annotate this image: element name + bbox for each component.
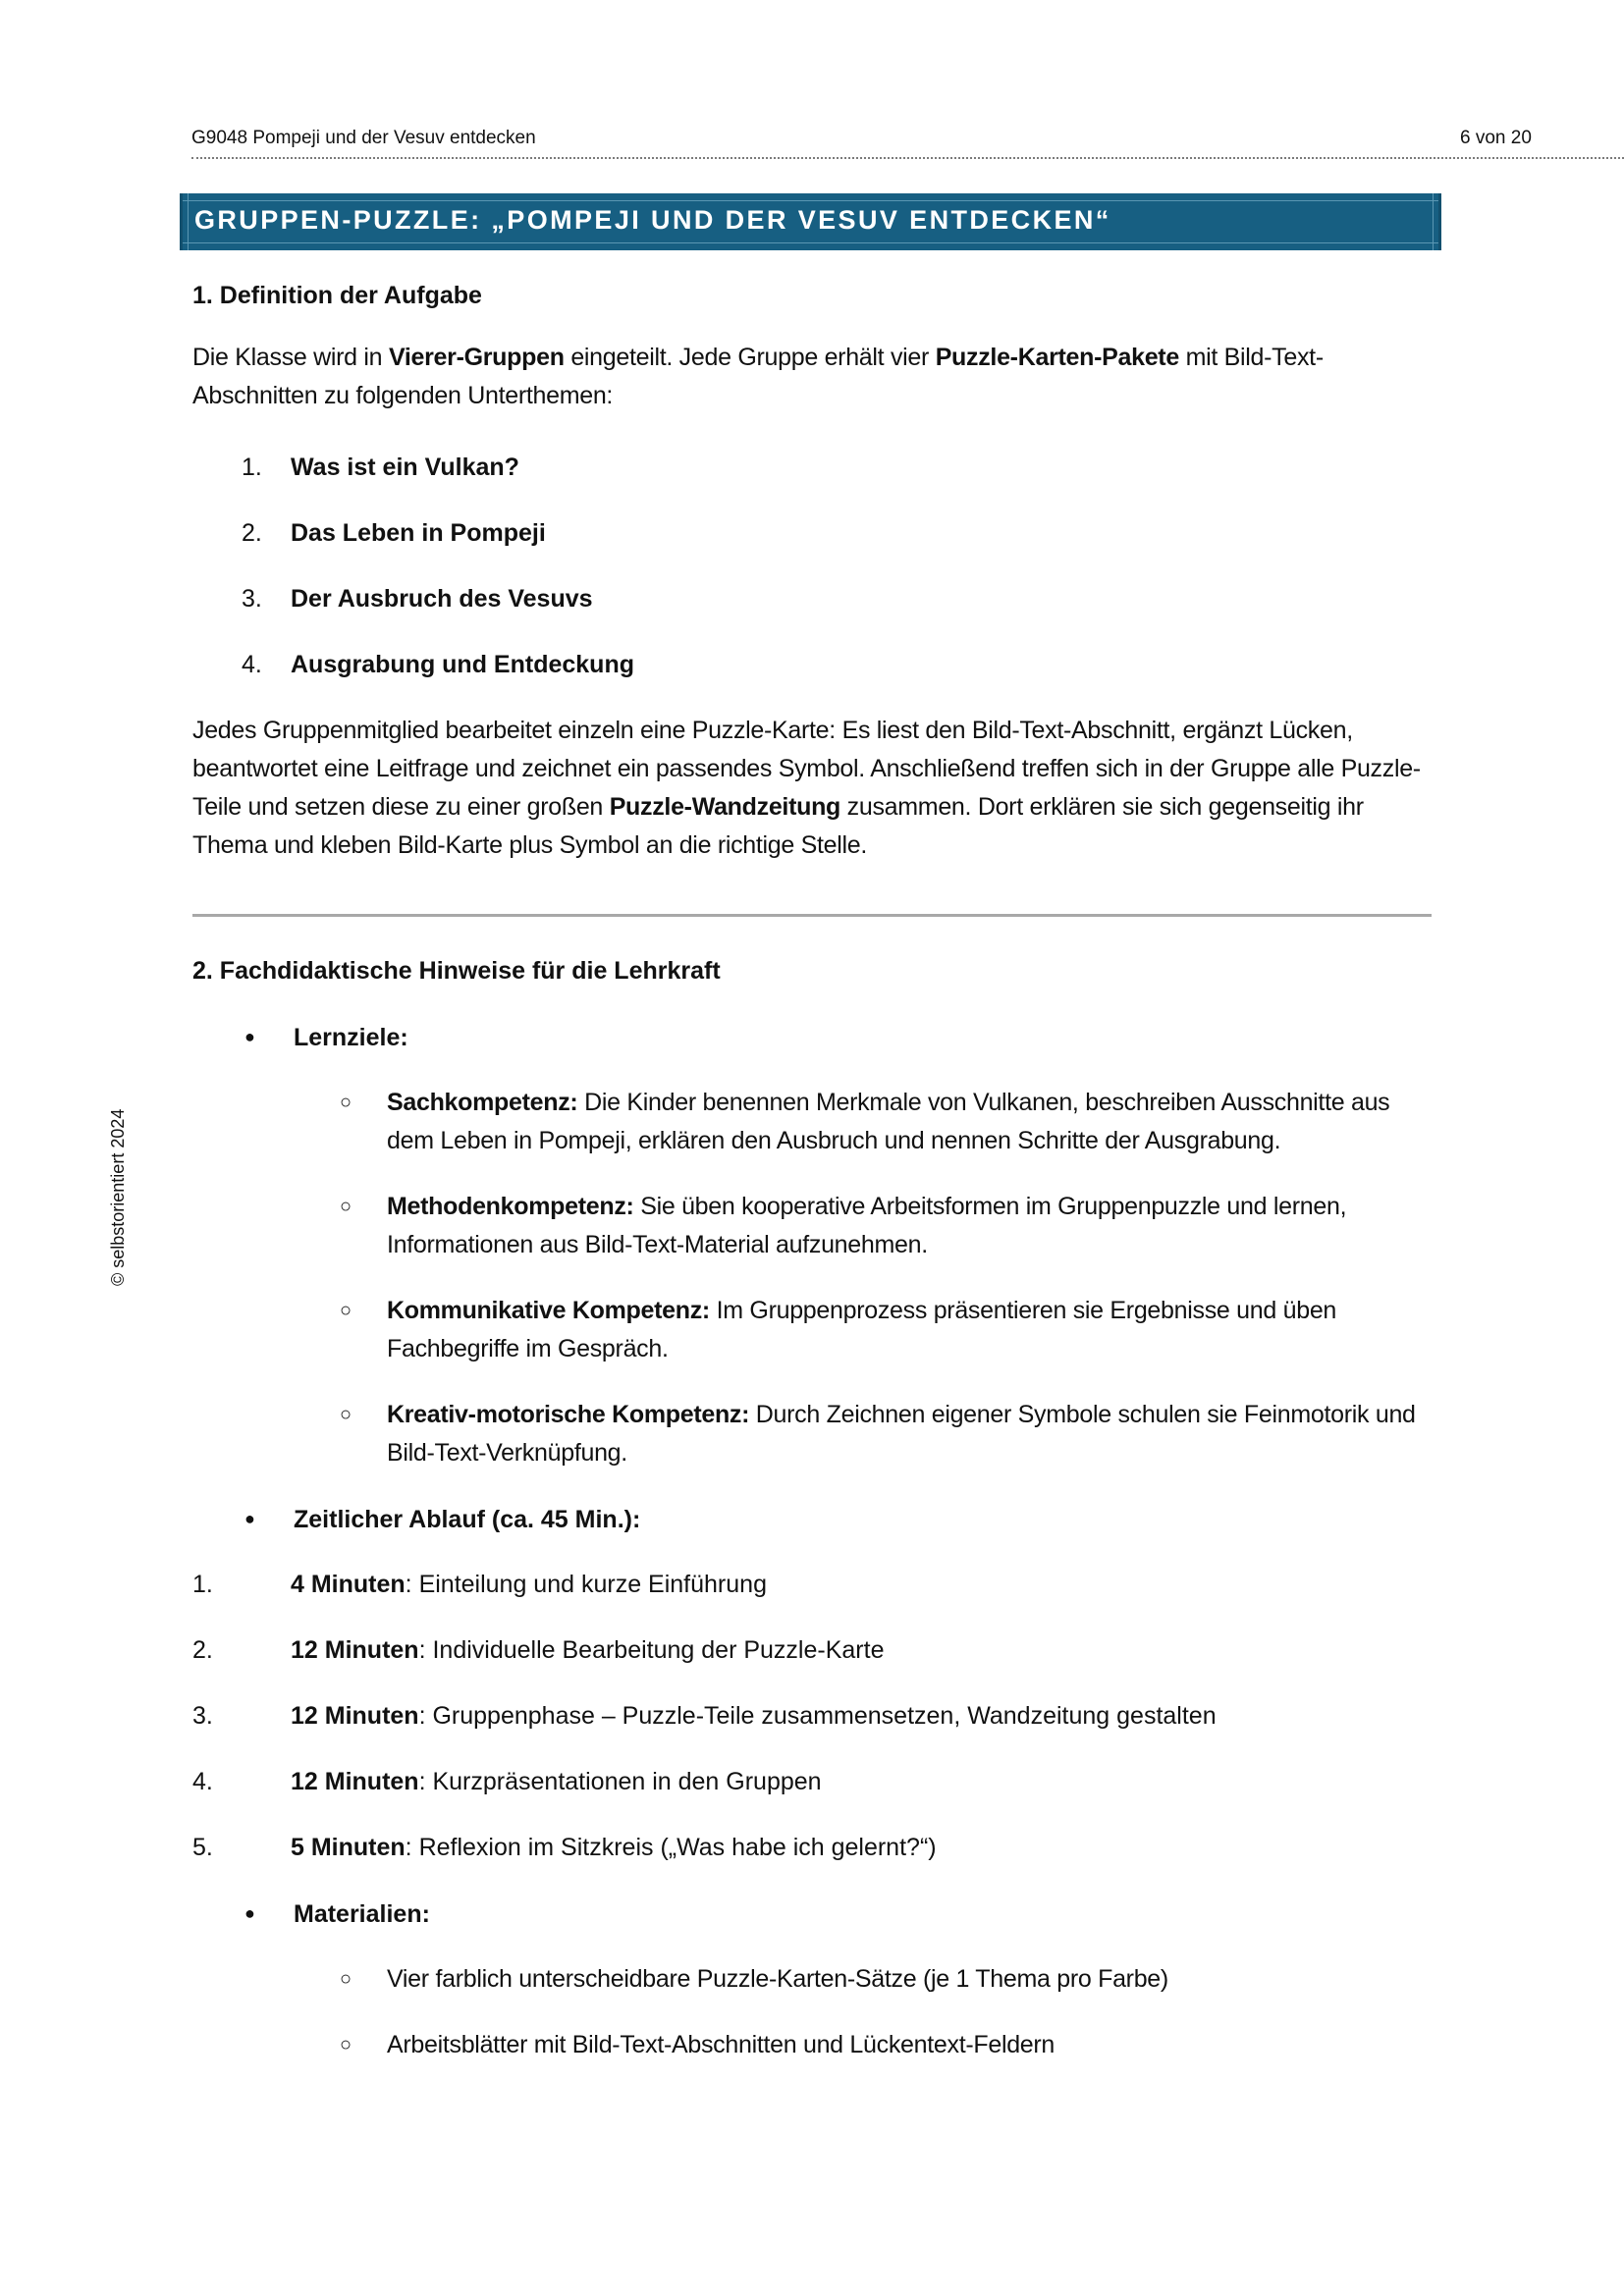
circle-bullet-icon: ○ [340, 2026, 379, 2064]
bullet-label: Zeitlicher Ablauf (ca. 45 Min.): [294, 1506, 640, 1533]
step-text: : Reflexion im Sitzkreis („Was habe ich … [406, 1834, 937, 1861]
material-item: ○ Arbeitsblätter mit Bild-Text-Abschnitt… [340, 2026, 1439, 2064]
goal-term: Kreativ-motorische Kompetenz: [387, 1401, 749, 1428]
description-paragraph: Jedes Gruppenmitglied bearbeitet einzeln… [192, 712, 1439, 865]
bullet-icon: ● [242, 1018, 294, 1056]
topic-item: 1.Was ist ein Vulkan? [242, 449, 519, 487]
topic-label: Was ist ein Vulkan? [291, 454, 519, 481]
topic-item: 4.Ausgrabung und Entdeckung [242, 646, 634, 684]
bullet-materials: ●Materialien: [242, 1895, 430, 1934]
step-number: 4. [192, 1763, 291, 1801]
schedule-step: 4.12 Minuten: Kurzpräsentationen in den … [192, 1763, 822, 1801]
step-text: : Individuelle Bearbeitung der Puzzle-Ka… [419, 1636, 885, 1664]
goal-term: Kommunikative Kompetenz: [387, 1297, 710, 1324]
material-item: ○ Vier farblich unterscheidbare Puzzle-K… [340, 1960, 1439, 1999]
goal-term: Methodenkompetenz: [387, 1193, 634, 1220]
circle-bullet-icon: ○ [340, 1084, 379, 1122]
schedule-step: 3.12 Minuten: Gruppenphase – Puzzle-Teil… [192, 1697, 1217, 1735]
step-text: : Gruppenphase – Puzzle-Teile zusammense… [419, 1702, 1217, 1730]
bullet-label: Lernziele: [294, 1024, 408, 1051]
schedule-step: 5.5 Minuten: Reflexion im Sitzkreis („Wa… [192, 1829, 937, 1867]
banner-border-line [188, 193, 189, 250]
banner-title: GRUPPEN-PUZZLE: „POMPEJI UND DER VESUV E… [194, 205, 1111, 236]
document-title: G9048 Pompeji und der Vesuv entdecken [191, 128, 536, 149]
circle-bullet-icon: ○ [340, 1396, 379, 1434]
learning-goal-item: ○ Sachkompetenz: Die Kinder benennen Mer… [340, 1084, 1439, 1160]
intro-paragraph: Die Klasse wird in Vierer-Gruppen einget… [192, 339, 1439, 415]
bullet-learning-goals: ●Lernziele: [242, 1018, 408, 1057]
step-duration: 12 Minuten [291, 1702, 419, 1730]
horizontal-divider [192, 914, 1432, 917]
banner-border-line [1433, 193, 1434, 250]
topic-item: 3.Der Ausbruch des Vesuvs [242, 580, 593, 618]
title-banner: GRUPPEN-PUZZLE: „POMPEJI UND DER VESUV E… [180, 193, 1441, 250]
learning-goal-item: ○ Methodenkompetenz: Sie üben kooperativ… [340, 1188, 1439, 1264]
list-number: 4. [242, 646, 291, 684]
bullet-icon: ● [242, 1895, 294, 1933]
learning-goal-item: ○ Kreativ-motorische Kompetenz: Durch Ze… [340, 1396, 1439, 1472]
step-duration: 12 Minuten [291, 1636, 419, 1664]
copyright-note: © selbstorientiert 2024 [108, 1109, 129, 1286]
section-heading: 2. Fachdidaktische Hinweise für die Lehr… [192, 952, 721, 990]
circle-bullet-icon: ○ [340, 1960, 379, 1999]
step-number: 2. [192, 1631, 291, 1670]
emphasis: Puzzle-Wandzeitung [610, 793, 840, 821]
schedule-step: 1.4 Minuten: Einteilung und kurze Einfüh… [192, 1566, 767, 1604]
page-header: G9048 Pompeji und der Vesuv entdecken 6 … [191, 126, 1624, 159]
topic-item: 2.Das Leben in Pompeji [242, 514, 546, 553]
bullet-schedule: ●Zeitlicher Ablauf (ca. 45 Min.): [242, 1500, 640, 1539]
list-number: 2. [242, 514, 291, 553]
topic-label: Das Leben in Pompeji [291, 519, 546, 547]
step-duration: 4 Minuten [291, 1571, 406, 1598]
schedule-step: 2.12 Minuten: Individuelle Bearbeitung d… [192, 1631, 884, 1670]
material-text: Arbeitsblätter mit Bild-Text-Abschnitten… [387, 2026, 1439, 2064]
topic-label: Der Ausbruch des Vesuvs [291, 585, 593, 613]
goal-term: Sachkompetenz: [387, 1089, 577, 1116]
list-number: 3. [242, 580, 291, 618]
step-number: 1. [192, 1566, 291, 1604]
text: eingeteilt. Jede Gruppe erhält vier [565, 344, 936, 371]
emphasis: Vierer-Gruppen [389, 344, 565, 371]
bullet-icon: ● [242, 1500, 294, 1538]
step-text: : Einteilung und kurze Einführung [406, 1571, 767, 1598]
step-number: 5. [192, 1829, 291, 1867]
section-heading: 1. Definition der Aufgabe [192, 277, 482, 315]
step-duration: 5 Minuten [291, 1834, 406, 1861]
material-text: Vier farblich unterscheidbare Puzzle-Kar… [387, 1960, 1439, 1999]
list-number: 1. [242, 449, 291, 487]
emphasis: Puzzle-Karten-Pakete [936, 344, 1179, 371]
step-duration: 12 Minuten [291, 1768, 419, 1795]
topic-label: Ausgrabung und Entdeckung [291, 651, 634, 678]
text: Die Klasse wird in [192, 344, 389, 371]
page-number: 6 von 20 [1460, 128, 1532, 149]
circle-bullet-icon: ○ [340, 1292, 379, 1330]
step-text: : Kurzpräsentationen in den Gruppen [419, 1768, 822, 1795]
learning-goal-item: ○ Kommunikative Kompetenz: Im Gruppenpro… [340, 1292, 1439, 1368]
circle-bullet-icon: ○ [340, 1188, 379, 1226]
step-number: 3. [192, 1697, 291, 1735]
bullet-label: Materialien: [294, 1900, 430, 1928]
